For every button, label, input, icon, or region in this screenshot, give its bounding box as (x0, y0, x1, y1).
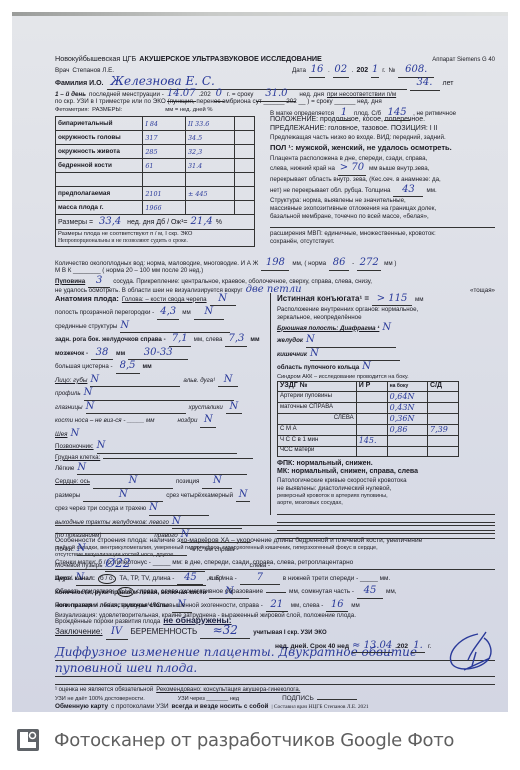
due-date-label: нед. дней. Срок 40 нед (275, 643, 349, 651)
fluid-section: Количество околоплодных вод: норма, мало… (55, 257, 495, 293)
adnexa-unit: мм, сомкнутая часть - (289, 588, 354, 596)
patho-line-1: Патологические кривые скоростей кровоток… (277, 477, 495, 485)
fetometry-row: масса плода г.1966 (56, 201, 255, 215)
card-note-b: с протоколами УЗИ (111, 703, 168, 711)
neck-value: N (70, 428, 79, 441)
sizes-total-label: Размеры = (58, 219, 93, 228)
ventricles-label: задн. рога бок. желудочков справа - (55, 336, 166, 344)
ratio-value: 21,4 (191, 216, 213, 230)
structure-line-2: массивные эхопозитивные отложения на гра… (270, 205, 495, 213)
septum-value: 4,3 (157, 306, 179, 320)
form-header: Новокуйбышевская ЦГБ АКУШЕРСКОЕ УЛЬТРАЗВ… (55, 54, 495, 64)
fetometry-cell-v3 (234, 201, 254, 215)
organs-doppler-section: Истинная конъюгата¹ => 115мм Расположени… (270, 293, 495, 515)
placenta-thickness-unit: мм. (426, 187, 436, 195)
pcs-left-label: слева - (250, 562, 270, 570)
maternal-kidney-right: 21 (266, 599, 288, 613)
ventricles-unit: мм (250, 336, 259, 344)
kidneys-value: N (77, 543, 187, 557)
fetometry-row (56, 173, 255, 187)
sizes-label: РАЗМЕРЫ: (92, 107, 122, 114)
fetus-count-label: В матке определяется (270, 110, 334, 118)
doppler-header: на боку (387, 381, 427, 391)
cisterna-label: большая цистерна - (55, 363, 113, 371)
organs-line-1: Расположение внутренних органов: нормаль… (277, 306, 495, 314)
cerebellum-value: 38 (91, 347, 113, 361)
doppler-cell-name: С М А (278, 424, 357, 435)
doppler-cell-side: 0,43N (387, 402, 427, 413)
heart-rhythm-note: , не ритмичное (413, 110, 456, 118)
akk-note: Синдром АКК – исследование проводится на… (277, 374, 495, 381)
outflow-right-value: N (181, 529, 251, 543)
fetometry-title: Фетометрия: (55, 107, 89, 114)
patho-line-4: аорте, мозговых сосудах, (277, 500, 495, 507)
footnote: ¹ оценка не является обязательной (55, 687, 153, 695)
conclusion-label: Заключение: (55, 627, 103, 637)
outflow-right-label: правого (154, 532, 177, 540)
afi-norm-min: 86 (329, 257, 349, 271)
doppler-header: И Р (356, 381, 387, 391)
doppler-row: С М А0,867,39 (278, 424, 459, 435)
doppler-cell-side (387, 435, 427, 446)
nose-label: кости носа – не виз-ся - _____ мм (55, 417, 155, 425)
fluid-text: Количество околоплодных вод: норма, мало… (55, 260, 258, 268)
face-value: N (90, 374, 180, 388)
doppler-cell-sd: 7,39 (428, 424, 459, 435)
compiled-by: | Составил врач НЦГБ Степанов Л.Е. 2021 (271, 704, 368, 711)
canal-label: Церв. канал: (55, 575, 95, 583)
structure-line-1: Структура: норма, выявлены не значительн… (270, 197, 495, 205)
due-year-suffix: 1. (411, 640, 425, 654)
fetometry-cell-v2: 34.5 (185, 131, 234, 145)
fetometry-cell-v2: ± 445 (185, 187, 234, 201)
closed-part-value: 45 (357, 585, 383, 599)
canal-tail: в нижней трети спереди - _____ мм. (283, 575, 390, 583)
indication-label: (по показаниям) (55, 532, 101, 540)
doppler-table: УЗДГ №И Рна бокуС/Д Артерии пуповины0,64… (277, 381, 459, 457)
spine-value: N (97, 440, 237, 454)
fetometry-cell-v3 (234, 187, 254, 201)
fetus-count-unit: плод. С/б (354, 110, 381, 118)
fetometry-cell-v2: 32,3 (185, 145, 234, 159)
fetometry-row: окружность головы31734.5 (56, 131, 255, 145)
head-value: N (210, 293, 236, 307)
placenta-line-1: Плацента расположена в дне, спереди, сза… (270, 155, 495, 163)
fetometry-cell-name: масса плода г. (56, 201, 143, 215)
due-date: ≈ 13.04 (352, 640, 392, 654)
patho-line-3: реверсный кровоток в артериях пуповины, (277, 493, 495, 500)
signature-label: ПОДПИСЬ (282, 695, 314, 703)
heart-position-value: N (202, 475, 232, 489)
cerebellum-label: мозжечок - (55, 350, 88, 358)
doppler-cell-sd (428, 402, 459, 413)
photoscan-icon (16, 728, 40, 752)
conjugate-label: Истинная конъюгата¹ = (277, 294, 369, 304)
conformity-note: Непропорциональны и не позволяют судить … (58, 238, 252, 245)
alveolar-value: N (218, 374, 238, 388)
maternal-kidneys-label: Почки матери ¹ : б / о структуры ЧЛС пов… (55, 602, 263, 610)
doppler-cell-ir (356, 402, 387, 413)
fetometry-cell-v1: 61 (143, 159, 186, 173)
orbits-label: глазницы (55, 404, 83, 412)
heart-size-label: размеры (55, 492, 80, 500)
canal-length: 45 (177, 572, 203, 586)
canal-width-label: , ширина - (206, 575, 236, 583)
placenta-thickness-label: нет) не перекрывает обл. рубца. Толщина (270, 187, 390, 195)
presenting-part-text: Предлежащая часть низко во входе. ВИД: п… (270, 134, 495, 142)
lungs-label: Лёгкие (55, 465, 74, 473)
fetometry-cell-v3 (234, 145, 254, 159)
canal-status: б / о. (98, 574, 116, 584)
hospital-name: Новокуйбышевская ЦГБ (55, 54, 136, 63)
fetometry-cell-v1: 317 (143, 131, 186, 145)
anatomy-title: Анатомия плода: (55, 294, 119, 303)
lmp-ivf-text: по скр. УЗИ в I триместре или по ЭКО (пу… (55, 98, 382, 106)
doppler-cell-ir (356, 391, 387, 402)
septum-unit: мм (182, 309, 191, 317)
fetometry-cell-v3 (234, 159, 254, 173)
app-footer: Фотосканер от разработчиков Google Фото (16, 728, 454, 752)
canal-width: 7 (240, 572, 280, 586)
lens-label: хрусталики (189, 404, 223, 412)
fetometry-cell-v1: 1966 (143, 201, 186, 215)
cerebellum-unit: мм (116, 350, 125, 358)
ventricles-mid-label: мм, слева (194, 336, 223, 344)
adnexa-label: Область придатков: (55, 588, 114, 596)
lens-value: N (226, 401, 242, 415)
afi-norm-label: мм, ( норма (292, 260, 326, 268)
bowel-label: кишечник (277, 351, 307, 359)
diagnosis-line-2: пуповиной шеи плода. (55, 661, 495, 677)
three-vessel-value: N (149, 502, 209, 516)
fetometry-row: бедренной кости6131.4 (56, 159, 255, 173)
adnexa-status: б / о (117, 587, 134, 597)
units-label: мм = нед. дней % (165, 107, 212, 114)
fetometry-cell-name: окружность головы (56, 131, 143, 145)
sex-text: ПОЛ ¹: мужской, женский, не удалось осмо… (270, 143, 495, 152)
conclusion-note: учитывая I скр. УЗИ ЭКО (253, 630, 326, 638)
doppler-cell-side: 0,64N (387, 391, 427, 402)
signature-scribble (438, 630, 498, 676)
conjugate-value: > 115 (372, 293, 412, 307)
nostrils-label: ноздри (178, 417, 198, 425)
due-year-unit: г. (428, 643, 431, 651)
fetometry-cell-name: бедренной кости (56, 159, 143, 173)
fetometry-cell-name (56, 173, 143, 187)
position-placenta-section: В матке определяется 1 плод. С/б 145 , н… (270, 107, 495, 246)
head-label: Голова: – кости свода черепа (122, 296, 207, 304)
four-chamber-label: срез четырёхкамерный (166, 492, 233, 500)
doctor-date-row: Врач Степанов Л.Е. Дата 16. 02. 2021 г. … (55, 64, 495, 74)
fetometry-cell-name: окружность живота (56, 145, 143, 159)
app-footer-label: Фотосканер от разработчиков Google Фото (54, 730, 454, 751)
fetometry-cell-v1 (143, 173, 186, 187)
doppler-row: маточные СПРАВА0,43N (278, 402, 459, 413)
fetometry-cell-v2: II 33.6 (185, 117, 234, 131)
fetometry-cell-v3 (234, 131, 254, 145)
chest-value (103, 458, 253, 459)
doppler-cell-name: Ч С С в 1 мин (278, 435, 357, 446)
patient-row: Фамилия И.О. Железнова Е. С. 34. лет (55, 74, 495, 88)
placenta-edge-unit: мм выше внутр.зева, (369, 165, 429, 173)
doppler-cell-side: 0,86 (387, 424, 427, 435)
presentation-text: ПРЕДЛЕЖАНИЕ: головное, тазовое. ПОЗИЦИЯ:… (270, 125, 495, 134)
chest-label: Грудная клетка: (55, 454, 100, 462)
adnexa-text: справа, слева эхонегативное образование (137, 588, 263, 596)
pcs-right-label: ЧЛС мм справа - (190, 546, 239, 554)
four-chamber-value: N (236, 489, 250, 503)
neck-label: Шея (55, 431, 67, 439)
due-year-prefix: .202 (395, 643, 408, 651)
pregnancy-number: IV (106, 626, 128, 640)
ventricles-right: 7,1 (169, 333, 191, 347)
septum-norm: N (194, 306, 224, 320)
afi-value: 198 (261, 257, 289, 271)
canal-approach: TA, TP, TV, длина - (119, 575, 174, 583)
placenta-edge-label: слева, нижний край на (270, 165, 335, 173)
doppler-row: ЧСС матери (278, 446, 459, 456)
fetometry-cell-v1: I 84 (143, 117, 186, 131)
patho-line-2: не выявлены: диастолический нулевой, (277, 485, 495, 493)
card-note-a: Обменную карту (55, 703, 108, 711)
scanned-document-photo: Новокуйбышевская ЦГБ АКУШЕРСКОЕ УЛЬТРАЗВ… (12, 12, 508, 712)
sizes-total-value: 33,4 (96, 216, 124, 230)
ratio-unit: % (216, 219, 222, 228)
closed-part-unit: мм, (386, 588, 397, 596)
fetometry-cell-v2: 31.4 (185, 159, 234, 173)
profile-label: профиль (55, 390, 81, 398)
doppler-row: Артерии пуповины0,64N (278, 391, 459, 402)
next-uzi: УЗИ через _______ нед (178, 696, 239, 703)
heart-axis-label: Сердце: ось (55, 478, 90, 486)
mvp-line-1: расширения МВП: единичные, множественные… (270, 230, 495, 238)
cisterna-value: 8,5 (116, 360, 140, 374)
midline-label: срединные структуры (55, 323, 117, 331)
bowel-value: N (310, 348, 400, 362)
fetometry-cell-v1: 2101 (143, 187, 186, 201)
lungs-value: N (77, 462, 247, 476)
lmp-row: 1 – й день последней менструации - 14.07… (55, 88, 495, 98)
nostrils-value: N (200, 414, 216, 428)
stomach-value: N (306, 334, 396, 348)
doppler-cell-side (387, 446, 427, 456)
conjugate-unit: мм (415, 296, 424, 304)
doppler-row: СЛЕВА0,36N (278, 413, 459, 424)
umbilical-value: N (362, 361, 371, 374)
placenta-edge-value: > 70 (338, 162, 366, 176)
organs-line-2: зеркальное, неопределённое (277, 314, 495, 322)
fetometry-cell-v1: 285 (143, 145, 186, 159)
mk-text: МК: нормальный, снижен, справа, слева (277, 468, 495, 477)
maternal-kidney-left: 16 (326, 599, 348, 613)
form-title: АКУШЕРСКОЕ УЛЬТРАЗВУКОВОЕ ИССЛЕДОВАНИЕ (139, 54, 322, 63)
fetometry-cell-v3 (234, 117, 254, 131)
recommendation: Рекомендовано: консультация акушера-гине… (156, 687, 300, 695)
ultrasound-form: Новокуйбышевская ЦГБ АКУШЕРСКОЕ УЛЬТРАЗВ… (55, 54, 495, 711)
fetometry-cell-v2 (185, 201, 234, 215)
mvp-line-2: сохранён, отсутствует. (270, 238, 495, 246)
fetometry-cell-v2 (185, 173, 234, 187)
profile-value: N (84, 387, 234, 401)
pregnancy-label: БЕРЕМЕННОСТЬ (131, 627, 198, 637)
bladder-label: Мочевой пузырь (55, 562, 102, 570)
doppler-cell-name: СЛЕВА (278, 413, 357, 424)
umbilical-label: область пупочного кольца (277, 364, 359, 372)
doppler-cell-sd (428, 391, 459, 402)
stomach-label: желудок (277, 337, 303, 345)
fetal-heart-rate: 145 (384, 107, 410, 121)
doppler-cell-side: 0,36N (387, 413, 427, 424)
maternal-kidneys-mid: мм, слева - (291, 602, 324, 610)
outflow-left-value: N (172, 516, 242, 530)
afi-norm-unit: мм ) (384, 260, 396, 268)
alveolar-label: альв. дуга¹ (183, 377, 215, 385)
fetometry-cell-name: бипариетальный (56, 117, 143, 131)
placenta-thickness-value: 43 (393, 184, 423, 198)
fetometry-table: бипариетальныйI 84II 33.6окружность голо… (55, 116, 255, 215)
afi-norm-max: 272 (357, 257, 381, 271)
cisterna-unit: мм (143, 363, 152, 371)
reliability-note: УЗИ не даёт 100% достоверности. (55, 696, 145, 703)
doppler-header: С/Д (428, 381, 459, 391)
doppler-header: УЗДГ № (278, 381, 357, 391)
sizes-unit: нед. дня Дб / Ож¹= (127, 219, 187, 228)
fetometry-row: предполагаемая2101± 445 (56, 187, 255, 201)
structure-line-3: базальной мембране, точечно по всей масс… (270, 213, 495, 221)
fetometry-section: Фетометрия: РАЗМЕРЫ: мм = нед. дней % би… (55, 107, 267, 247)
maternal-kidneys-unit: мм (351, 602, 360, 610)
lmp-ivf-row: по скр. УЗИ в I триместре или по ЭКО (пу… (55, 98, 495, 107)
fetometry-cell-v3 (234, 173, 254, 187)
fetometry-cell-name: предполагаемая (56, 187, 143, 201)
outflow-left-label: выходные тракты желудочков: левого (55, 519, 169, 527)
fetometry-row: бипариетальныйI 84II 33.6 (56, 117, 255, 131)
doppler-cell-sd (428, 413, 459, 424)
abdomen-label: Брюшная полость: Диафрагма ¹ (277, 325, 379, 333)
card-note-c: всегда и везде носить с собой (172, 703, 269, 711)
doppler-cell-ir (356, 424, 387, 435)
bladder-value: Ø22 (105, 556, 205, 572)
conformity-text: Размеры плода не соответствуют п / м, I … (58, 231, 252, 238)
midline-value: N (120, 320, 230, 334)
face-label: Лицо: губы (55, 377, 87, 385)
diaphragm-value: N (382, 322, 391, 335)
doppler-cell-name: Артерии пуповины (278, 391, 357, 402)
fetometry-row: окружность живота28532,3 (56, 145, 255, 159)
pregnancy-weeks: ≈32 (200, 623, 250, 639)
heart-size-value: N (83, 489, 163, 503)
kidneys-label: Почки: (55, 546, 74, 554)
septum-label: полость прозрачной перегородки - (55, 309, 154, 317)
orbits-value: N (86, 401, 186, 415)
three-vessel-label: срез через три сосуда и трахею (55, 505, 146, 513)
doppler-cell-name: ЧСС матери (278, 446, 357, 456)
doppler-cell-name: маточные СПРАВА (278, 402, 357, 413)
doppler-cell-sd (428, 435, 459, 446)
fetus-count: 1 (337, 107, 351, 121)
cerebellum-range: 30-33 (128, 347, 188, 361)
heart-axis-value: N (93, 475, 173, 489)
doppler-cell-ir: 145. (356, 435, 387, 446)
doppler-cell-ir (356, 446, 387, 456)
doppler-cell-sd (428, 446, 459, 456)
ventricles-left: 7,3 (225, 333, 247, 347)
spine-label: Позвоночник: (55, 443, 94, 451)
doppler-row: Ч С С в 1 мин145. (278, 435, 459, 446)
doppler-cell-ir (356, 413, 387, 424)
heart-position-label: позиция (176, 478, 199, 486)
placenta-line-3: перекрывает область внутр. зева, (Кес.се… (270, 176, 495, 184)
